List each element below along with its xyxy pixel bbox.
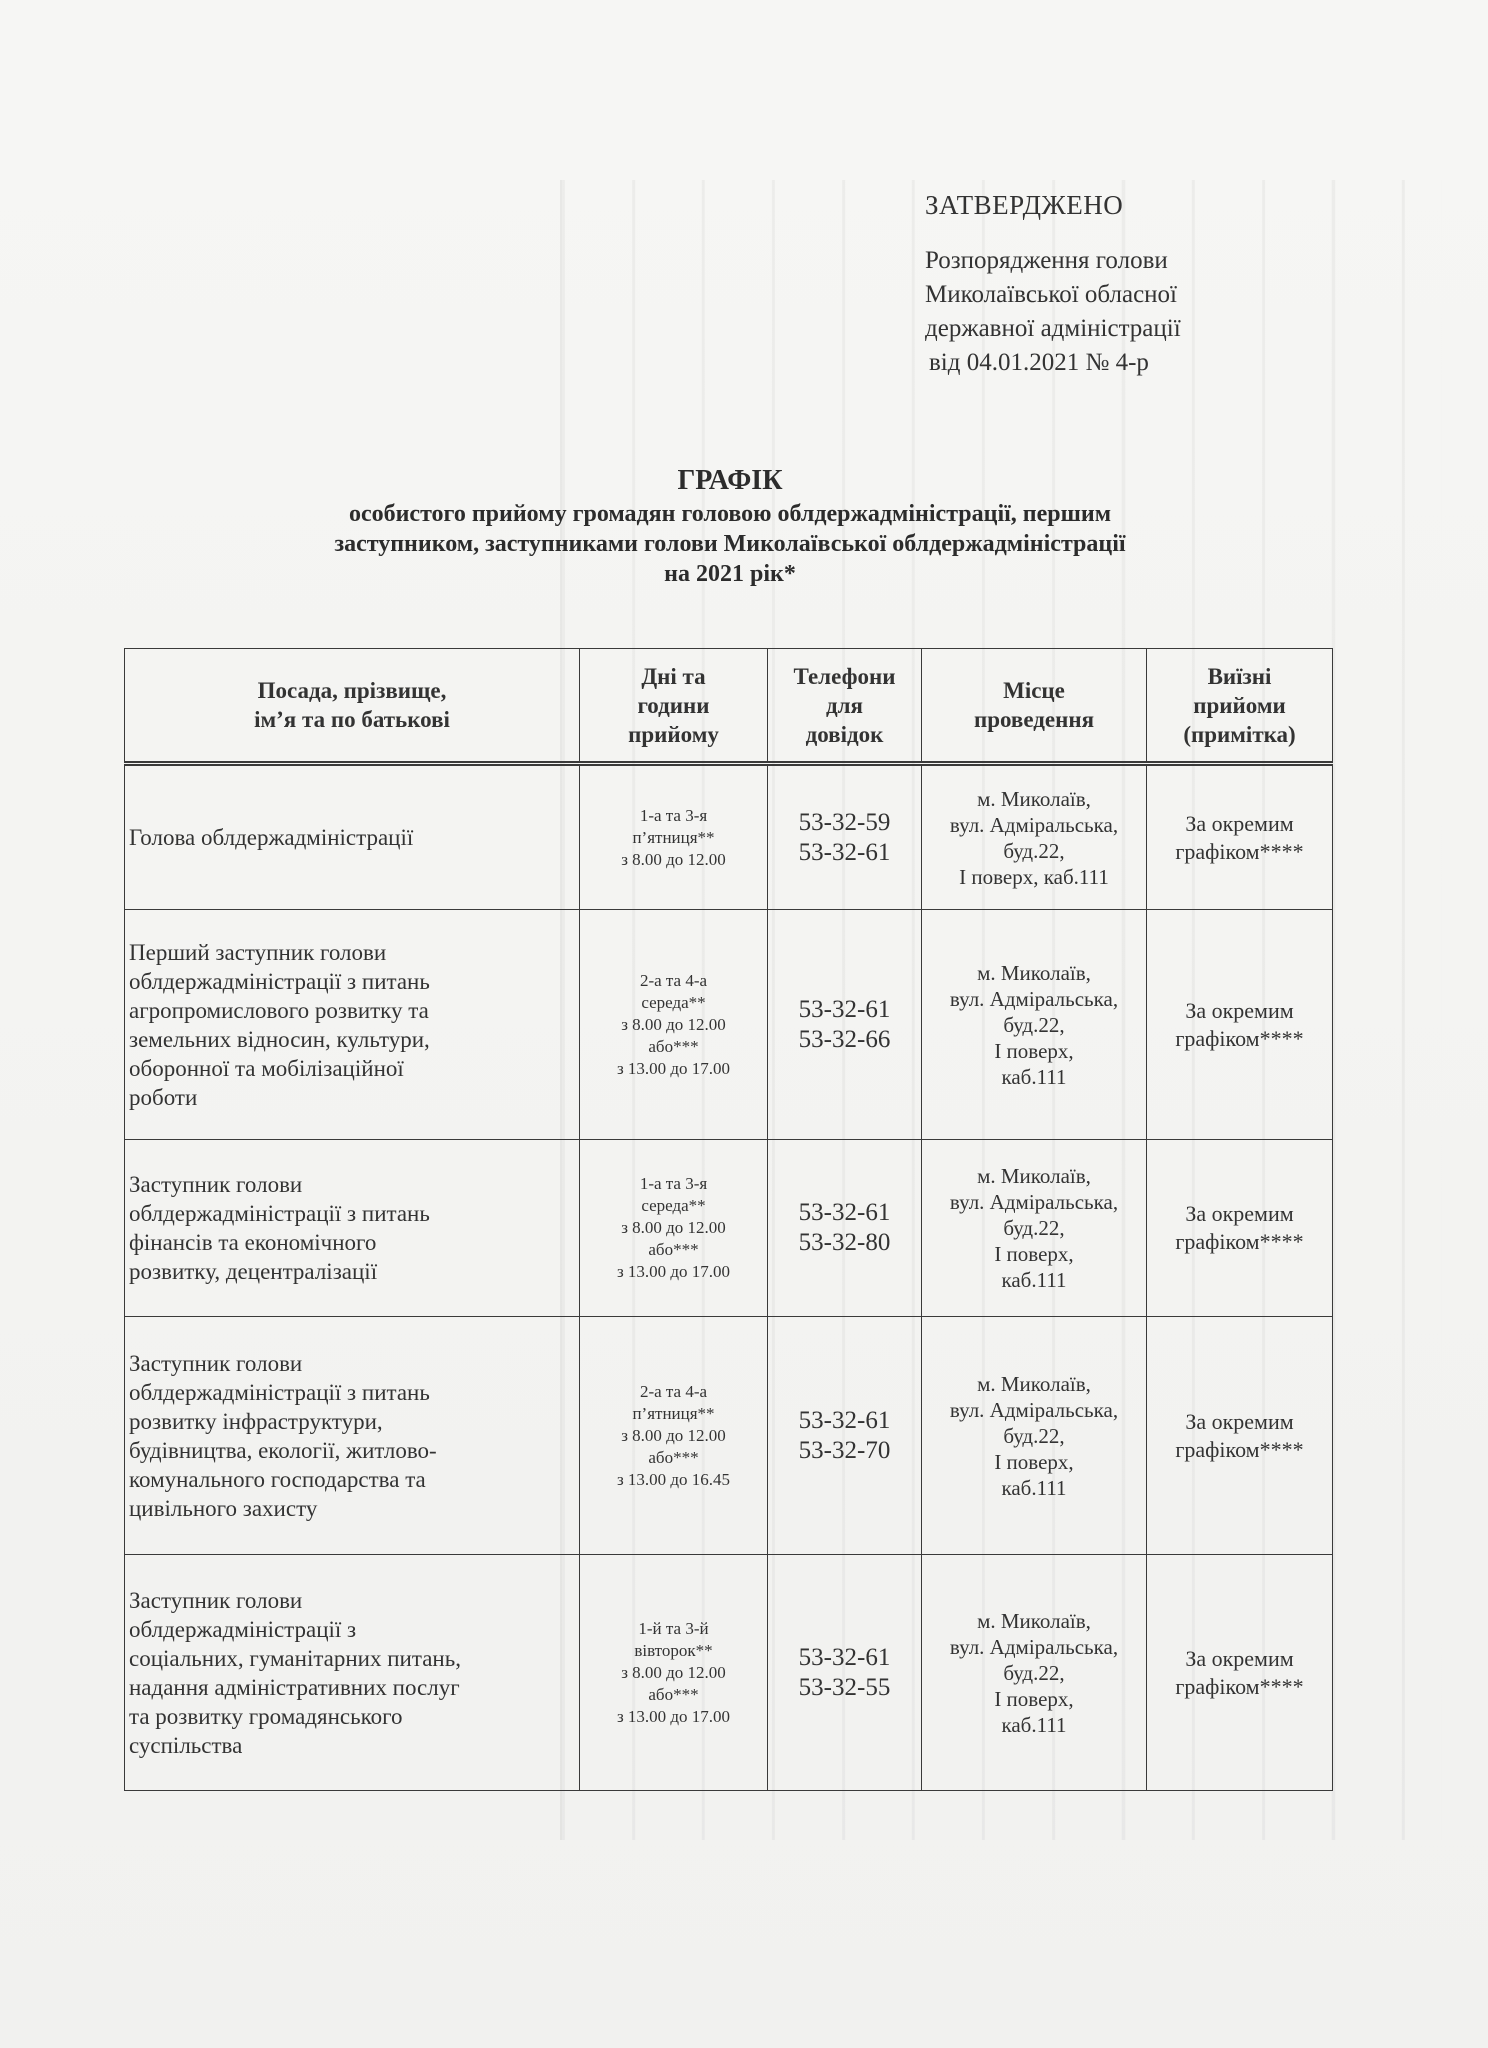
- header-text: (примітка): [1151, 720, 1328, 749]
- cell-days-hours-line: або***: [584, 1239, 763, 1261]
- cell-place-line: каб.111: [926, 1064, 1142, 1090]
- header-text: для: [772, 691, 917, 720]
- cell-days-hours-line: вівторок**: [584, 1640, 763, 1662]
- cell-place-line: буд.22,: [926, 838, 1142, 864]
- cell-note-line: За окремим: [1151, 1408, 1328, 1436]
- cell-place-line: вул. Адміральська,: [926, 1397, 1142, 1423]
- cell-days-hours-line: з 8.00 до 12.00: [584, 849, 763, 871]
- cell-days-hours-line: 2-а та 4-а: [584, 970, 763, 992]
- header-text: години: [584, 691, 763, 720]
- cell-place-line: вул. Адміральська,: [926, 1189, 1142, 1215]
- cell-note: За окремимграфіком****: [1147, 910, 1333, 1140]
- cell-phones-line: 53-32-61: [772, 1643, 917, 1673]
- cell-place-line: І поверх,: [926, 1241, 1142, 1267]
- cell-phones-line: 53-32-66: [772, 1025, 917, 1055]
- title-subtitle-line: на 2021 рік*: [180, 559, 1280, 589]
- cell-days-hours-line: або***: [584, 1036, 763, 1058]
- cell-days-hours: 2-а та 4-ап’ятниця**з 8.00 до 12.00або**…: [580, 1317, 768, 1555]
- cell-days-hours-line: з 8.00 до 12.00: [584, 1217, 763, 1239]
- cell-note-line: графіком****: [1151, 1436, 1328, 1464]
- cell-days-hours-line: 1-а та 3-я: [584, 1173, 763, 1195]
- cell-days-hours-line: або***: [584, 1684, 763, 1706]
- cell-position: Голова облдержадміністрації: [125, 764, 580, 910]
- cell-place-line: м. Миколаїв,: [926, 1371, 1142, 1397]
- cell-position-line: Перший заступник голови: [129, 938, 575, 967]
- cell-phones-line: 53-32-61: [772, 1406, 917, 1436]
- header-place: Місцепроведення: [922, 649, 1147, 764]
- cell-days-hours-line: середа**: [584, 992, 763, 1014]
- cell-place-line: буд.22,: [926, 1215, 1142, 1241]
- cell-position-line: агропромислового розвитку та: [129, 996, 575, 1025]
- cell-position: Заступник головиоблдержадміністрації зсо…: [125, 1555, 580, 1791]
- cell-place-line: каб.111: [926, 1475, 1142, 1501]
- cell-phones: 53-32-6153-32-80: [768, 1140, 922, 1317]
- cell-days-hours-line: з 13.00 до 16.45: [584, 1469, 763, 1491]
- cell-place: м. Миколаїв,вул. Адміральська,буд.22,І п…: [922, 1317, 1147, 1555]
- cell-place: м. Миколаїв,вул. Адміральська,буд.22,І п…: [922, 764, 1147, 910]
- cell-days-hours-line: з 13.00 до 17.00: [584, 1058, 763, 1080]
- cell-position-line: облдержадміністрації з питань: [129, 1378, 575, 1407]
- cell-phones-line: 53-32-70: [772, 1436, 917, 1466]
- header-text: Місце: [926, 676, 1142, 705]
- cell-phones-line: 53-32-61: [772, 1198, 917, 1228]
- table-row: Перший заступник головиоблдержадміністра…: [125, 910, 1333, 1140]
- cell-days-hours-line: з 13.00 до 17.00: [584, 1261, 763, 1283]
- cell-place-line: І поверх, каб.111: [926, 864, 1142, 890]
- cell-place-line: І поверх,: [926, 1449, 1142, 1475]
- cell-place-line: І поверх,: [926, 1038, 1142, 1064]
- cell-position-line: соціальних, гуманітарних питань,: [129, 1644, 575, 1673]
- cell-place-line: вул. Адміральська,: [926, 1634, 1142, 1660]
- cell-note: За окремимграфіком****: [1147, 1555, 1333, 1791]
- table-row: Заступник головиоблдержадміністрації з п…: [125, 1317, 1333, 1555]
- header-position: Посада, прізвище,ім’я та по батькові: [125, 649, 580, 764]
- cell-days-hours-line: з 13.00 до 17.00: [584, 1706, 763, 1728]
- approval-stamp: ЗАТВЕРДЖЕНО Розпорядження голови Миколаї…: [925, 188, 1181, 380]
- cell-position-line: суспільства: [129, 1731, 575, 1760]
- header-text: прийому: [584, 720, 763, 749]
- cell-days-hours: 1-а та 3-яп’ятниця**з 8.00 до 12.00: [580, 764, 768, 910]
- cell-position-line: цивільного захисту: [129, 1494, 575, 1523]
- cell-position-line: земельних відносин, культури,: [129, 1025, 575, 1054]
- cell-phones-line: 53-32-61: [772, 838, 917, 868]
- reception-schedule-table: Посада, прізвище,ім’я та по батьковіДні …: [124, 648, 1333, 1791]
- cell-place-line: вул. Адміральська,: [926, 812, 1142, 838]
- cell-days-hours-line: з 8.00 до 12.00: [584, 1662, 763, 1684]
- cell-phones-line: 53-32-55: [772, 1673, 917, 1703]
- cell-place-line: каб.111: [926, 1267, 1142, 1293]
- approval-line: Розпорядження голови: [925, 244, 1181, 278]
- cell-note: За окремимграфіком****: [1147, 1317, 1333, 1555]
- cell-days-hours: 2-а та 4-асереда**з 8.00 до 12.00або***з…: [580, 910, 768, 1140]
- cell-days-hours-line: 1-й та 3-й: [584, 1618, 763, 1640]
- cell-days-hours-line: з 8.00 до 12.00: [584, 1014, 763, 1036]
- cell-phones: 53-32-5953-32-61: [768, 764, 922, 910]
- cell-place-line: І поверх,: [926, 1686, 1142, 1712]
- title-subtitle-line: особистого прийому громадян головою облд…: [180, 499, 1280, 529]
- cell-note-line: За окремим: [1151, 810, 1328, 838]
- cell-position-line: оборонної та мобілізаційної: [129, 1054, 575, 1083]
- cell-note-line: За окремим: [1151, 997, 1328, 1025]
- cell-position-line: облдержадміністрації з питань: [129, 1199, 575, 1228]
- cell-position-line: Заступник голови: [129, 1586, 575, 1615]
- cell-note: За окремимграфіком****: [1147, 764, 1333, 910]
- cell-position-line: Заступник голови: [129, 1170, 575, 1199]
- cell-place-line: м. Миколаїв,: [926, 1163, 1142, 1189]
- cell-place-line: м. Миколаїв,: [926, 786, 1142, 812]
- cell-phones: 53-32-6153-32-55: [768, 1555, 922, 1791]
- cell-position-line: комунального господарства та: [129, 1465, 575, 1494]
- cell-place-line: м. Миколаїв,: [926, 1608, 1142, 1634]
- approval-heading: ЗАТВЕРДЖЕНО: [925, 188, 1181, 222]
- cell-note-line: графіком****: [1151, 1228, 1328, 1256]
- title-subtitle-line: заступником, заступниками голови Миколаї…: [180, 529, 1280, 559]
- cell-position-line: розвитку, децентралізації: [129, 1257, 575, 1286]
- cell-phones-line: 53-32-59: [772, 808, 917, 838]
- cell-position-line: Заступник голови: [129, 1349, 575, 1378]
- cell-note: За окремимграфіком****: [1147, 1140, 1333, 1317]
- cell-position-line: надання адміністративних послуг: [129, 1673, 575, 1702]
- header-text: прийоми: [1151, 691, 1328, 720]
- table-row: Заступник головиоблдержадміністрації зсо…: [125, 1555, 1333, 1791]
- header-text: Дні та: [584, 662, 763, 691]
- cell-position-line: облдержадміністрації з: [129, 1615, 575, 1644]
- table-header-row: Посада, прізвище,ім’я та по батьковіДні …: [125, 649, 1333, 764]
- header-text: Посада, прізвище,: [129, 676, 575, 705]
- header-text: довідок: [772, 720, 917, 749]
- header-days-hours: Дні тагодиниприйому: [580, 649, 768, 764]
- cell-phones-line: 53-32-80: [772, 1228, 917, 1258]
- title-main: ГРАФІК: [180, 463, 1280, 499]
- document-page: ЗАТВЕРДЖЕНО Розпорядження голови Миколаї…: [0, 0, 1488, 2048]
- cell-position-line: облдержадміністрації з питань: [129, 967, 575, 996]
- header-text: Виїзні: [1151, 662, 1328, 691]
- cell-place-line: буд.22,: [926, 1423, 1142, 1449]
- cell-phones: 53-32-6153-32-70: [768, 1317, 922, 1555]
- cell-note-line: графіком****: [1151, 838, 1328, 866]
- cell-position: Заступник головиоблдержадміністрації з п…: [125, 1317, 580, 1555]
- cell-position-line: розвитку інфраструктури,: [129, 1407, 575, 1436]
- cell-days-hours-line: 2-а та 4-а: [584, 1381, 763, 1403]
- approval-line: Миколаївської обласної: [925, 278, 1181, 312]
- cell-place-line: буд.22,: [926, 1660, 1142, 1686]
- table-row: Заступник головиоблдержадміністрації з п…: [125, 1140, 1333, 1317]
- cell-note-line: графіком****: [1151, 1025, 1328, 1053]
- cell-phones-line: 53-32-61: [772, 995, 917, 1025]
- header-phones: Телефонидлядовідок: [768, 649, 922, 764]
- cell-days-hours-line: п’ятниця**: [584, 827, 763, 849]
- cell-place-line: м. Миколаїв,: [926, 960, 1142, 986]
- cell-days-hours-line: або***: [584, 1447, 763, 1469]
- header-text: Телефони: [772, 662, 917, 691]
- approval-date: від 04.01.2021 № 4-р: [925, 346, 1181, 380]
- header-text: ім’я та по батькові: [129, 705, 575, 734]
- document-title: ГРАФІК особистого прийому громадян голов…: [180, 463, 1280, 589]
- header-text: проведення: [926, 705, 1142, 734]
- cell-days-hours: 1-а та 3-ясереда**з 8.00 до 12.00або***з…: [580, 1140, 768, 1317]
- table-row: Голова облдержадміністрації1-а та 3-яп’я…: [125, 764, 1333, 910]
- cell-days-hours-line: з 8.00 до 12.00: [584, 1425, 763, 1447]
- cell-place: м. Миколаїв,вул. Адміральська,буд.22,І п…: [922, 1555, 1147, 1791]
- cell-note-line: За окремим: [1151, 1645, 1328, 1673]
- cell-position-line: Голова облдержадміністрації: [129, 823, 575, 852]
- cell-position-line: будівництва, екології, житлово-: [129, 1436, 575, 1465]
- cell-position: Заступник головиоблдержадміністрації з п…: [125, 1140, 580, 1317]
- cell-days-hours-line: 1-а та 3-я: [584, 805, 763, 827]
- cell-days-hours-line: п’ятниця**: [584, 1403, 763, 1425]
- cell-note-line: графіком****: [1151, 1673, 1328, 1701]
- cell-position-line: фінансів та економічного: [129, 1228, 575, 1257]
- cell-position: Перший заступник головиоблдержадміністра…: [125, 910, 580, 1140]
- cell-place-line: буд.22,: [926, 1012, 1142, 1038]
- cell-position-line: роботи: [129, 1083, 575, 1112]
- cell-place: м. Миколаїв,вул. Адміральська,буд.22,І п…: [922, 910, 1147, 1140]
- cell-place: м. Миколаїв,вул. Адміральська,буд.22,І п…: [922, 1140, 1147, 1317]
- cell-phones: 53-32-6153-32-66: [768, 910, 922, 1140]
- cell-days-hours: 1-й та 3-йвівторок**з 8.00 до 12.00або**…: [580, 1555, 768, 1791]
- approval-line: державної адміністрації: [925, 312, 1181, 346]
- header-field-receptions: Виїзніприйоми(примітка): [1147, 649, 1333, 764]
- cell-note-line: За окремим: [1151, 1200, 1328, 1228]
- cell-place-line: вул. Адміральська,: [926, 986, 1142, 1012]
- cell-days-hours-line: середа**: [584, 1195, 763, 1217]
- cell-place-line: каб.111: [926, 1712, 1142, 1738]
- cell-position-line: та розвитку громадянського: [129, 1702, 575, 1731]
